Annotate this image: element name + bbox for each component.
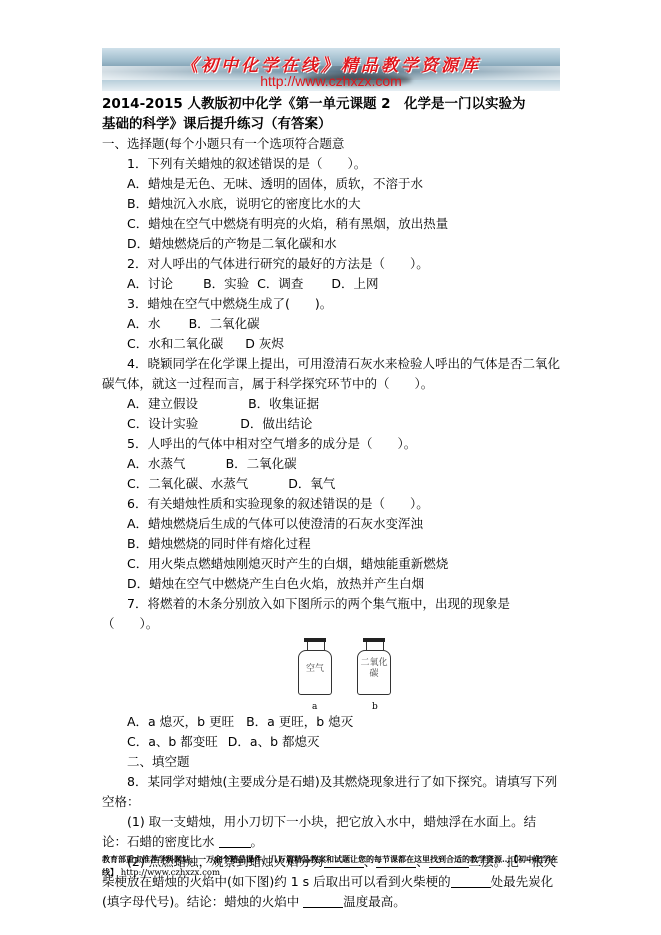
question-7-options-ab: A．a 熄灭，b 更旺B．a 更旺，b 熄灭 bbox=[102, 712, 560, 732]
document-title-line1: 2014-2015 人教版初中化学《第一单元课题 2 化学是一门以实验为 bbox=[102, 94, 560, 114]
document-title-line2: 基础的科学》课后提升练习（有答案） bbox=[102, 114, 560, 134]
question-5-option-c: C．二氧化碳、水蒸气 bbox=[127, 476, 248, 491]
question-5-option-d: D．氧气 bbox=[288, 476, 335, 491]
question-8-part-2-text-d: 温度最高。 bbox=[343, 894, 406, 909]
question-3-option-d: D 灰烬 bbox=[245, 336, 284, 351]
question-3-option-c: C．水和二氧化碳 bbox=[127, 336, 223, 351]
question-1-option-b: B．蜡烛沉入水底，说明它的密度比水的大 bbox=[102, 194, 560, 214]
section-heading-choice: 一、选择题(每个小题只有一个选项符合题意 bbox=[102, 134, 560, 154]
question-1-stem: 1．下列有关蜡烛的叙述错误的是（ ）。 bbox=[102, 154, 560, 174]
question-2-option-b: B．实验 bbox=[203, 276, 249, 291]
question-2-option-a: A．讨论 bbox=[127, 276, 173, 291]
question-6-option-b: B．蜡烛燃烧的同时伴有熔化过程 bbox=[102, 534, 560, 554]
answer-blank-hottest-layer[interactable] bbox=[303, 893, 343, 908]
gas-bottle-b: 二氧化碳 bbox=[357, 638, 391, 694]
bottle-b-label: 二氧化碳 bbox=[360, 658, 388, 680]
question-5-options-ab: A．水蒸气B．二氧化碳 bbox=[102, 454, 560, 474]
question-5-stem: 5．人呼出的气体中相对空气增多的成分是（ ）。 bbox=[102, 434, 560, 454]
document-body: 2014-2015 人教版初中化学《第一单元课题 2 化学是一门以实验为 基础的… bbox=[102, 94, 560, 912]
question-2-stem: 2．对人呼出的气体进行研究的最好的方法是（ ）。 bbox=[102, 254, 560, 274]
question-8-part-1-text: (1) 取一支蜡烛，用小刀切下一小块，把它放入水中，蜡烛浮在水面上。结论：石蜡的… bbox=[102, 814, 536, 849]
question-7-option-b: B．a 更旺，b 熄灭 bbox=[246, 714, 353, 729]
bottle-a-caption: a bbox=[312, 697, 317, 717]
bottle-b-neck bbox=[366, 642, 384, 650]
question-6-option-d: D．蜡烛在空气中燃烧产生白色火焰，放热并产生白烟 bbox=[102, 574, 560, 594]
question-3-options-cd: C．水和二氧化碳D 灰烬 bbox=[102, 334, 560, 354]
question-3-options-ab: A．水B．二氧化碳 bbox=[102, 314, 560, 334]
question-6-option-a: A．蜡烛燃烧后生成的气体可以使澄清的石灰水变浑浊 bbox=[102, 514, 560, 534]
question-1-option-d: D．蜡烛燃烧后的产物是二氧化碳和水 bbox=[102, 234, 560, 254]
question-4-options-cd: C．设计实验D．做出结论 bbox=[102, 414, 560, 434]
question-2-option-c: C．调查 bbox=[257, 276, 303, 291]
bottle-a-neck bbox=[307, 642, 325, 650]
gas-bottles-figure: 空气 a 二氧化碳 b bbox=[102, 634, 560, 712]
section-heading-fill-blank: 二、填空题 bbox=[102, 752, 560, 772]
bottle-a-label: 空气 bbox=[301, 664, 329, 675]
question-3-stem: 3．蜡烛在空气中燃烧生成了( )。 bbox=[102, 294, 560, 314]
question-2-option-d: D．上网 bbox=[331, 276, 378, 291]
question-7-option-c: C．a、b 都变旺 bbox=[127, 734, 218, 749]
page-footer: 教育部重点推荐学科网站。一万余个精品课件，几万篇精品教案和试题让您的每节课都在这… bbox=[102, 853, 562, 880]
site-banner: 《初中化学在线》精品教学资源库 http://www.czhxzx.com bbox=[102, 48, 560, 91]
question-7-option-d: D．a、b 都熄灭 bbox=[228, 734, 320, 749]
question-8-stem: 8．某同学对蜡烛(主要成分是石蜡)及其燃烧现象进行了如下探究。请填写下列空格： bbox=[102, 772, 560, 812]
question-1-option-a: A．蜡烛是无色、无味、透明的固体，质软，不溶于水 bbox=[102, 174, 560, 194]
question-4-option-a: A．建立假设 bbox=[127, 396, 198, 411]
question-1-option-c: C．蜡烛在空气中燃烧有明亮的火焰，稍有黑烟，放出热量 bbox=[102, 214, 560, 234]
question-5-options-cd: C．二氧化碳、水蒸气D．氧气 bbox=[102, 474, 560, 494]
question-4-option-d: D．做出结论 bbox=[240, 416, 312, 431]
bottle-b-caption: b bbox=[372, 697, 378, 717]
question-4-option-c: C．设计实验 bbox=[127, 416, 198, 431]
banner-url[interactable]: http://www.czhxzx.com bbox=[102, 73, 560, 89]
answer-blank-density[interactable] bbox=[219, 833, 251, 848]
question-4-options-ab: A．建立假设B．收集证据 bbox=[102, 394, 560, 414]
question-5-option-b: B．二氧化碳 bbox=[226, 456, 297, 471]
question-4-option-b: B．收集证据 bbox=[248, 396, 319, 411]
footer-url[interactable]: http://www.czhxzx.com bbox=[121, 868, 220, 878]
question-6-stem: 6．有关蜡烛性质和实验现象的叙述错误的是（ ）。 bbox=[102, 494, 560, 514]
question-6-option-c: C．用火柴点燃蜡烛刚熄灭时产生的白烟，蜡烛能重新燃烧 bbox=[102, 554, 560, 574]
question-2-options: A．讨论B．实验C．调查D．上网 bbox=[102, 274, 560, 294]
question-7-stem: 7．将燃着的木条分别放入如下图所示的两个集气瓶中，出现的现象是（ ）。 bbox=[102, 594, 560, 634]
question-5-option-a: A．水蒸气 bbox=[127, 456, 186, 471]
question-7-option-a: A．a 熄灭，b 更旺 bbox=[127, 714, 234, 729]
question-8-part-1-end: 。 bbox=[251, 834, 264, 849]
question-4-stem: 4．晓颖同学在化学课上提出，可用澄清石灰水来检验人呼出的气体是否二氧化碳气体，就… bbox=[102, 354, 560, 394]
question-3-option-a: A．水 bbox=[127, 316, 161, 331]
question-3-option-b: B．二氧化碳 bbox=[189, 316, 260, 331]
gas-bottle-a: 空气 bbox=[298, 638, 332, 694]
question-7-options-cd: C．a、b 都变旺D．a、b 都熄灭 bbox=[102, 732, 560, 752]
question-8-part-1: (1) 取一支蜡烛，用小刀切下一小块，把它放入水中，蜡烛浮在水面上。结论：石蜡的… bbox=[102, 812, 560, 852]
